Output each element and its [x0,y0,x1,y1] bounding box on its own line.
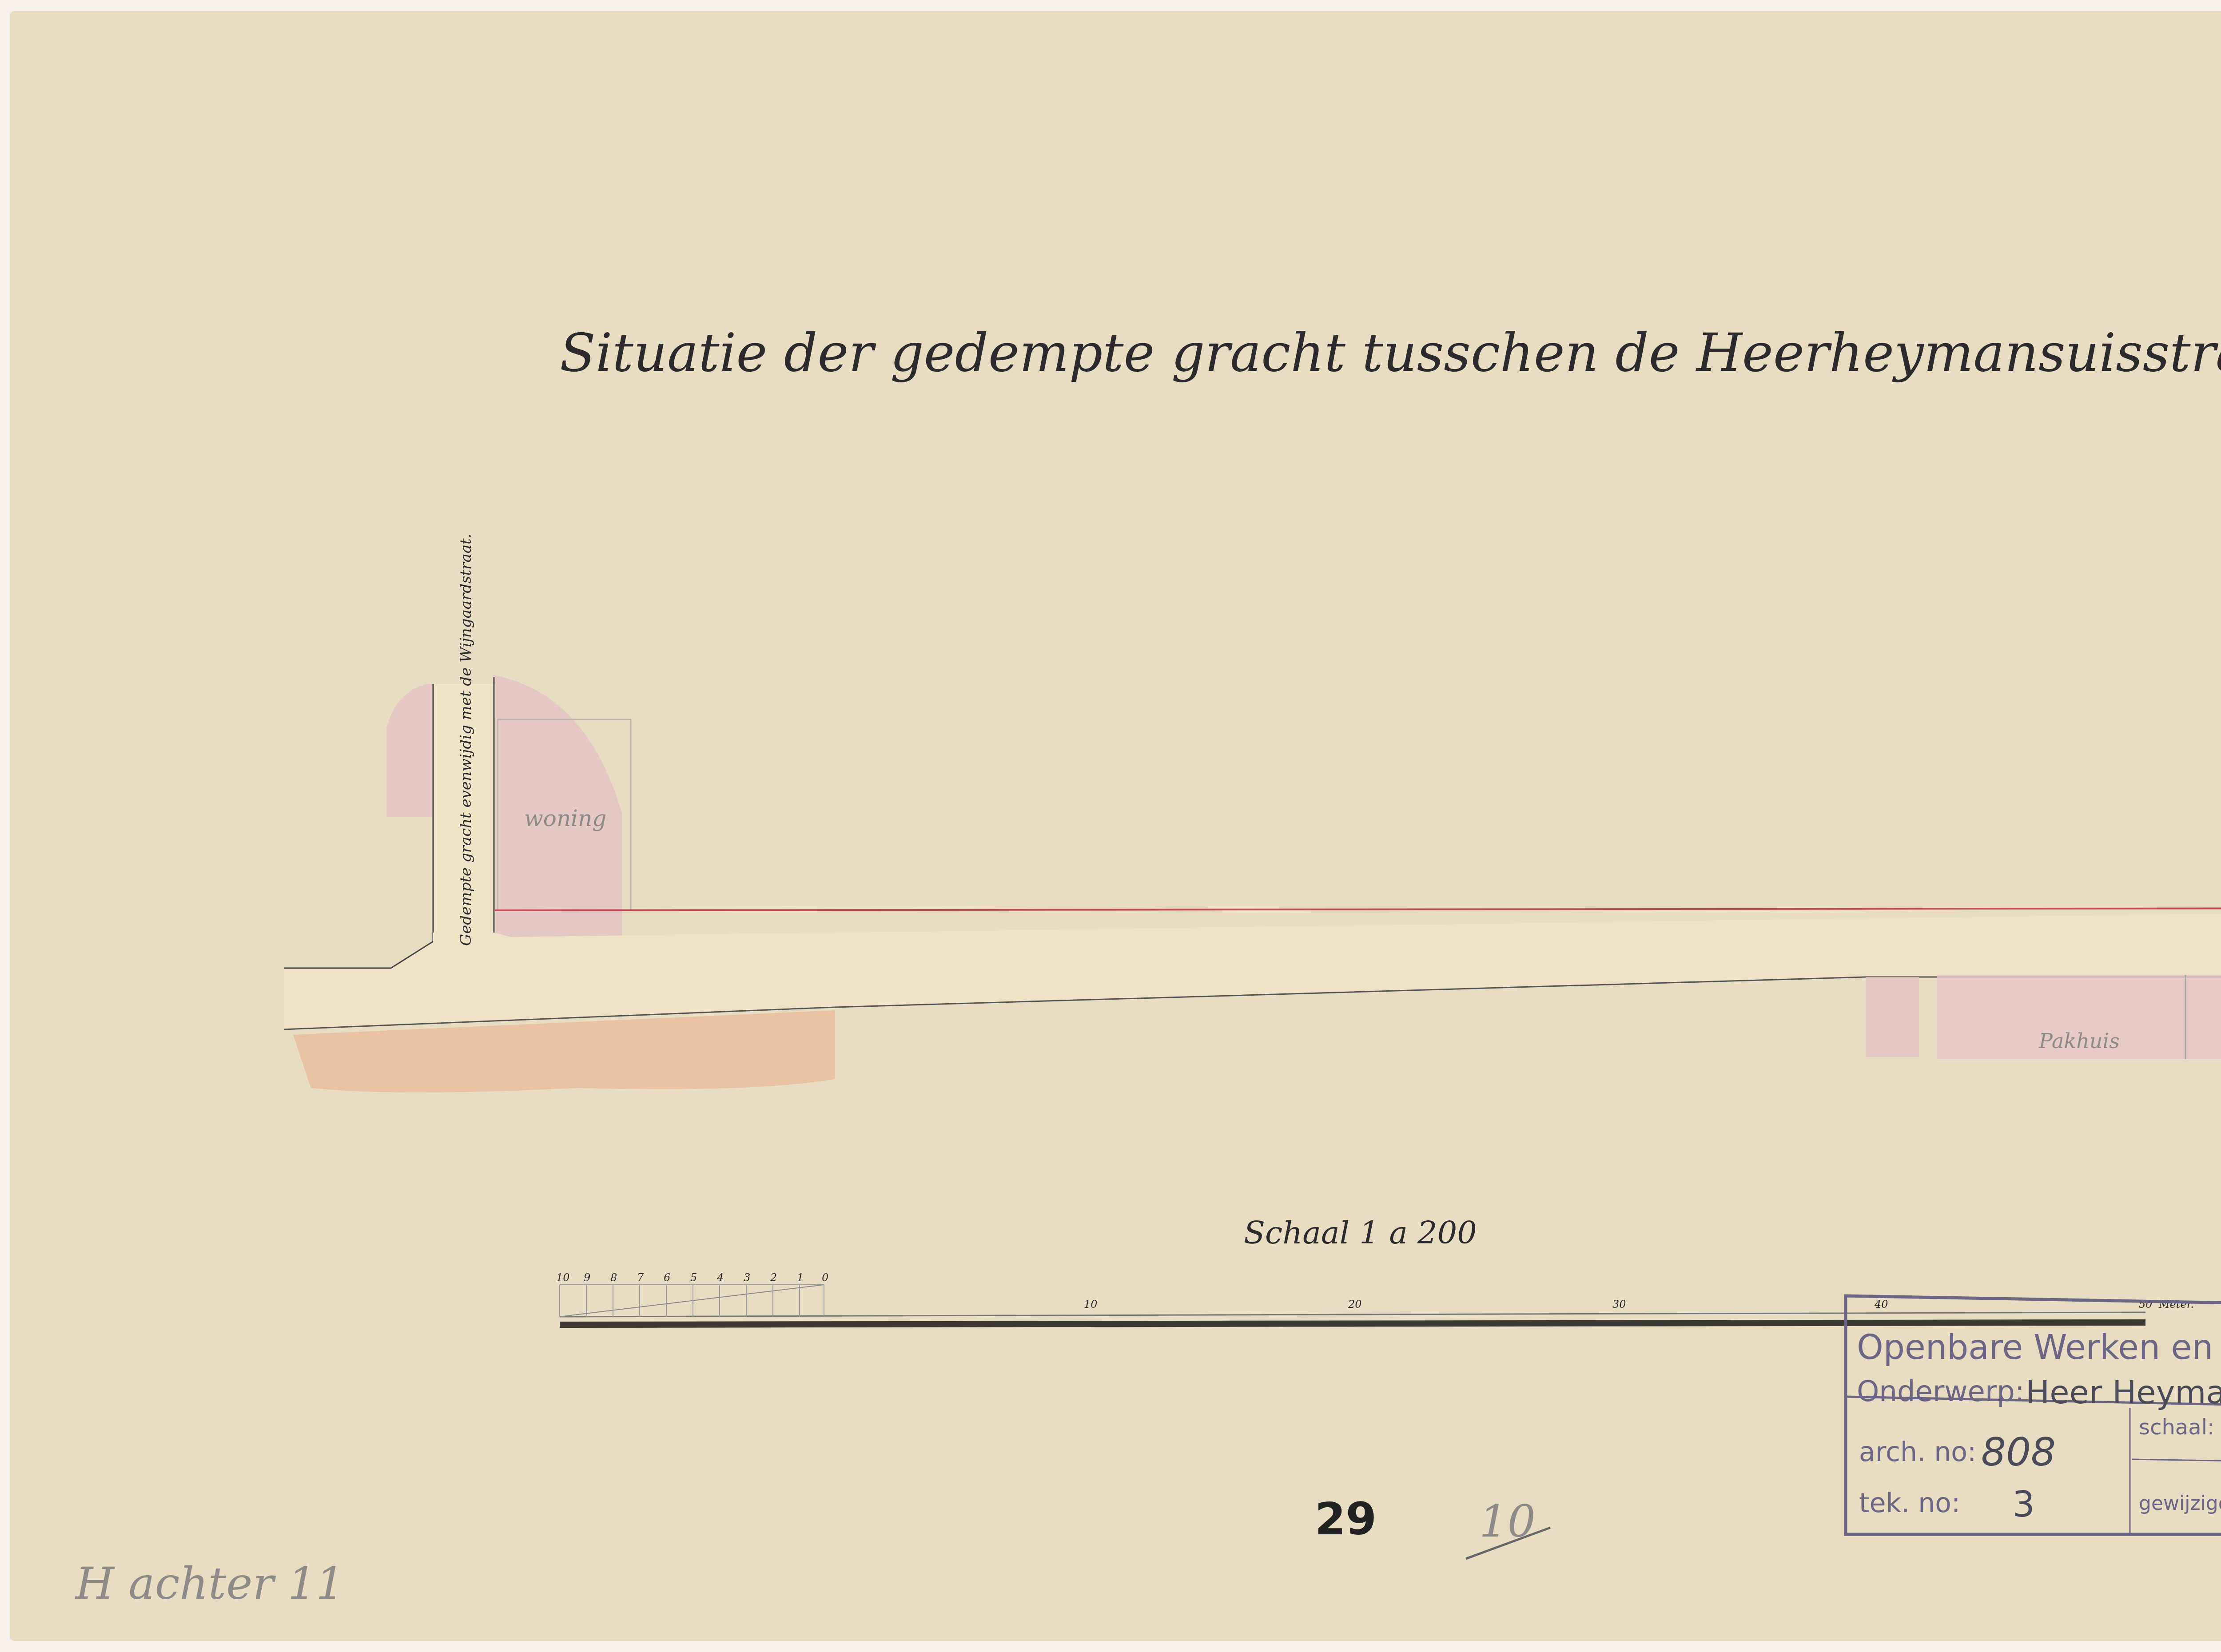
col-schaal: schaal: [2139,1415,2214,1440]
scale-tick: 9 [584,1271,590,1284]
scale-tick: 40 [1874,1298,1888,1310]
red-building-line [494,908,2221,910]
scale-tick: 10 [1084,1298,1098,1310]
subject-label: Onderwerp: [1857,1375,2024,1408]
arch-label: arch. no: [1859,1437,1976,1468]
scale-tick: 4 [716,1271,724,1284]
scale-tick: 20 [1348,1298,1362,1310]
label-gedempte-gracht: Gedempte gracht evenwijdig met de Wijnga… [457,534,475,946]
label-pakhuis-1: Pakhuis [2038,1029,2120,1053]
scale-tick: 30 [1612,1298,1626,1310]
title-block: Openbare Werken en Volkshuisvesting Dord… [1846,1296,2221,1534]
subject-value: Heer Heymansuisstraat [2026,1374,2221,1411]
scale-title: Schaal 1 a 200 [1244,1215,1477,1251]
scale-tick: 5 [690,1271,697,1284]
map-title: Situatie der gedempte gracht tusschen de… [560,322,2221,383]
scale-tick: 3 [744,1271,750,1284]
corner-note: H achter 11 [75,1557,344,1609]
sheet-number-stamp: 29 [1315,1493,1377,1545]
scale-tick: 2 [770,1271,777,1284]
tek-value: 3 [2012,1484,2035,1525]
scale-tick: 7 [637,1271,644,1284]
scale-tick: 0 [822,1271,828,1284]
map-drawing: Situatie der gedempte gracht tusschen de… [0,0,2221,1652]
arch-value: 808 [1981,1429,2056,1475]
scale-unit: Meter. [2158,1298,2194,1310]
scale-bar [560,1322,2145,1325]
tek-label: tek. no: [1859,1488,1960,1519]
scale-tick: 1 [797,1271,804,1284]
building-shape [386,684,433,817]
scale-tick: 10 [556,1271,570,1284]
scale-tick: 8 [610,1271,617,1284]
scale-tick: 6 [664,1271,670,1284]
sheet-number-pencil: 10 [1479,1495,1536,1547]
label-woning: woning [524,806,606,831]
org-name: Openbare Werken en Volkshuisvesting Dord… [1857,1327,2221,1367]
row-gewijzigd: gewijzigd [2139,1492,2221,1515]
